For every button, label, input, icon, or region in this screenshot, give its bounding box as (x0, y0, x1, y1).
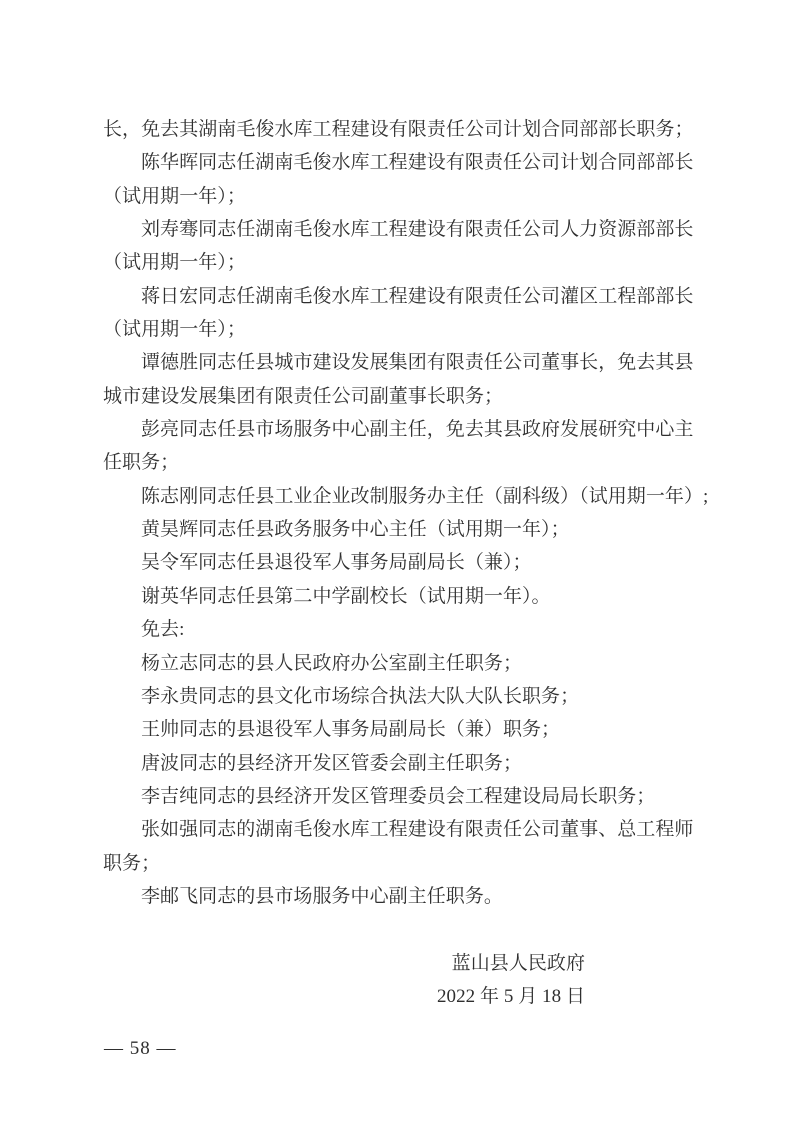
document-line: （试用期一年）； (103, 313, 693, 346)
document-line: 李永贵同志的县文化市场综合执法大队大队长职务； (103, 680, 693, 713)
document-line: （试用期一年）； (103, 246, 693, 279)
document-page: 长，免去其湖南毛俊水库工程建设有限责任公司计划合同部部长职务； 陈华晖同志任湖南… (0, 0, 793, 1122)
document-line: 李吉纯同志的县经济开发区管理委员会工程建设局局长职务； (103, 780, 693, 813)
document-line: 任职务； (103, 446, 693, 479)
document-line: 杨立志同志的县人民政府办公室副主任职务； (103, 647, 693, 680)
document-body: 长，免去其湖南毛俊水库工程建设有限责任公司计划合同部部长职务； 陈华晖同志任湖南… (103, 113, 693, 913)
document-line: 王帅同志的县退役军人事务局副局长（兼）职务； (103, 713, 693, 746)
signature-issuer: 蓝山县人民政府 (437, 947, 690, 980)
document-line: 张如强同志的湖南毛俊水库工程建设有限责任公司董事、总工程师 (103, 813, 693, 846)
document-line: 长，免去其湖南毛俊水库工程建设有限责任公司计划合同部部长职务； (103, 113, 693, 146)
document-line: 唐波同志的县经济开发区管委会副主任职务； (103, 747, 693, 780)
document-line: 吴令军同志任县退役军人事务局副局长（兼）； (103, 546, 693, 579)
document-line: 黄昊辉同志任县政务服务中心主任（试用期一年）； (103, 513, 693, 546)
document-line: 谢英华同志任县第二中学副校长（试用期一年）。 (103, 580, 693, 613)
document-line: （试用期一年）； (103, 180, 693, 213)
document-line: 陈志刚同志任县工业企业改制服务办主任（副科级）（试用期一年）; (103, 480, 693, 513)
document-line: 刘寿骞同志任湖南毛俊水库工程建设有限责任公司人力资源部部长 (103, 213, 693, 246)
document-line: 城市建设发展集团有限责任公司副董事长职务； (103, 380, 693, 413)
document-line: 谭德胜同志任县城市建设发展集团有限责任公司董事长，免去其县 (103, 346, 693, 379)
signature-block: 蓝山县人民政府 2022 年 5 月 18 日 (437, 947, 690, 1014)
signature-date: 2022 年 5 月 18 日 (437, 980, 690, 1013)
document-line: 蒋日宏同志任湖南毛俊水库工程建设有限责任公司灌区工程部部长 (103, 280, 693, 313)
document-line: 职务； (103, 847, 693, 880)
document-line: 彭亮同志任县市场服务中心副主任，免去其县政府发展研究中心主 (103, 413, 693, 446)
document-line: 陈华晖同志任湖南毛俊水库工程建设有限责任公司计划合同部部长 (103, 146, 693, 179)
document-line: 免去: (103, 613, 693, 646)
page-number: — 58 — (104, 1038, 177, 1060)
document-line: 李邮飞同志的县市场服务中心副主任职务。 (103, 880, 693, 913)
